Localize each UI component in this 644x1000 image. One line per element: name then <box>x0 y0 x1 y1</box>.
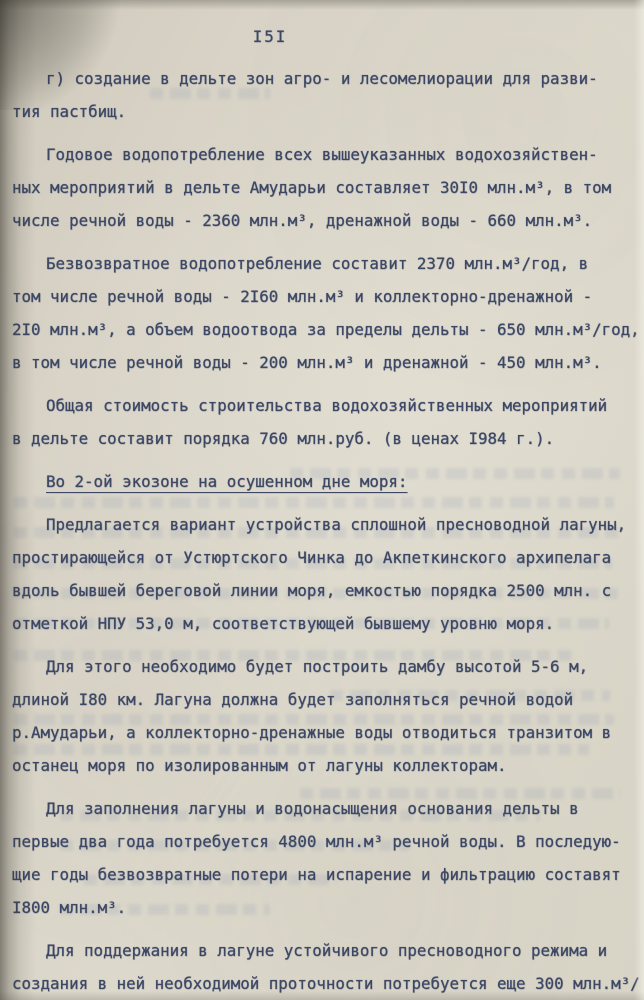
text-line: 2I0 млн.м³, а объем водоотвода за предел… <box>12 313 632 346</box>
scanned-page: I5I г) создание в дельте зон агро- и лес… <box>0 0 644 1000</box>
typed-content: I5I г) создание в дельте зон агро- и лес… <box>0 0 644 1000</box>
text-line: I800 млн.м³. <box>12 891 632 924</box>
paragraph-dam-construction: Для этого необходимо будет построить дам… <box>12 650 632 782</box>
text-line: Предлагается вариант устройства сплошной… <box>12 508 632 541</box>
paragraph-lagoon-filling: Для заполнения лагуны и водонасыщения ос… <box>12 792 632 924</box>
text-line: останец моря по изолированным от лагуны … <box>12 749 632 782</box>
text-line: длиной I80 км. Лагуна должна будет запол… <box>12 683 632 716</box>
text-line: тия пастбищ. <box>12 95 632 128</box>
paragraph-lagoon-proposal: Предлагается вариант устройства сплошной… <box>12 508 632 640</box>
text-line: щие годы безвозвратные потери на испарен… <box>12 858 632 891</box>
text-line: в дельте составит порядка 760 млн.руб. (… <box>12 422 632 455</box>
text-line: вдоль бывшей береговой линии моря, емкос… <box>12 574 632 607</box>
text-line: Общая стоимость строительства водохозяйс… <box>12 389 632 422</box>
page-number: I5I <box>12 20 632 53</box>
text-line: простирающейся от Устюртского Чинка до А… <box>12 541 632 574</box>
text-line: том числе речной воды - 2I60 млн.м³ и ко… <box>12 280 632 313</box>
text-line: Годовое водопотребление всех вышеуказанн… <box>12 138 632 171</box>
text-line: отметкой НПУ 53,0 м, соответствующей быв… <box>12 607 632 640</box>
paragraph-pastures: г) создание в дельте зон агро- и лесомел… <box>12 62 632 128</box>
section-heading-ecozone2: Во 2-ой экозоне на осушенном дне моря: <box>12 465 632 498</box>
text-line: Для поддержания в лагуне устойчивого пре… <box>12 934 632 967</box>
text-line: в том числе речной воды - 200 млн.м³ и д… <box>12 346 632 379</box>
text-line: Для заполнения лагуны и водонасыщения ос… <box>12 792 632 825</box>
paragraph-freshwater-regime: Для поддержания в лагуне устойчивого пре… <box>12 934 632 1000</box>
text-line: первые два года потребуется 4800 млн.м³ … <box>12 825 632 858</box>
text-line: числе речной воды - 2360 млн.м³, дренажн… <box>12 204 632 237</box>
paragraph-annual-consumption: Годовое водопотребление всех вышеуказанн… <box>12 138 632 237</box>
paragraph-total-cost: Общая стоимость строительства водохозяйс… <box>12 389 632 455</box>
text-line: Безвозвратное водопотребление составит 2… <box>12 247 632 280</box>
text-line: г) создание в дельте зон агро- и лесомел… <box>12 62 632 95</box>
section-heading: Во 2-ой экозоне на осушенном дне моря: <box>12 465 632 498</box>
text-line: р.Амударьи, а коллекторно-дренажные воды… <box>12 716 632 749</box>
text-line: ных мероприятий в дельте Амударьи состав… <box>12 171 632 204</box>
paragraph-irretrievable-consumption: Безвозвратное водопотребление составит 2… <box>12 247 632 379</box>
text-line: создания в ней необходимой проточности п… <box>12 967 632 1000</box>
text-line: Для этого необходимо будет построить дам… <box>12 650 632 683</box>
